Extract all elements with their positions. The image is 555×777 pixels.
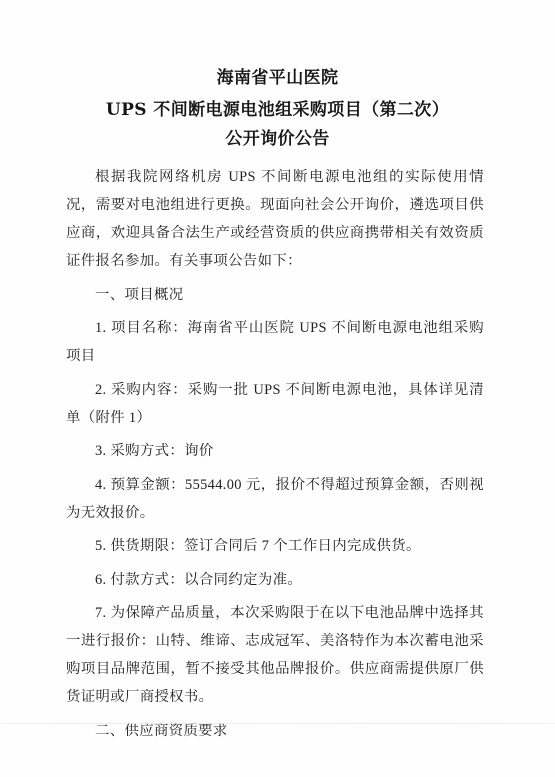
item-project-name: 1. 项目名称：海南省平山医院 UPS 不间断电源电池组采购项目: [66, 314, 484, 370]
item-procurement-content: 2. 采购内容：采购一批 UPS 不间断电源电池，具体详见清单（附件 1）: [66, 376, 484, 432]
section-heading-project-overview: 一、项目概况: [66, 281, 484, 309]
item-payment-method: 6. 付款方式：以合同约定为准。: [66, 566, 484, 594]
item-delivery-period: 5. 供货期限：签订合同后 7 个工作日内完成供货。: [66, 532, 484, 560]
item-brand-requirements: 7. 为保障产品质量，本次采购限于在以下电池品牌中选择其一进行报价：山特、维谛、…: [66, 599, 484, 711]
item-procurement-method: 3. 采购方式：询价: [66, 437, 484, 465]
document-page: 海南省平山医院 UPS 不间断电源电池组采购项目（第二次） 公开询价公告 根据我…: [0, 0, 555, 777]
section-heading-supplier-qualifications: 二、供应商资质要求: [66, 717, 484, 745]
page-break-scan-line: [0, 723, 555, 724]
document-body: 根据我院网络机房 UPS 不间断电源电池组的实际使用情况，需要对电池组进行更换。…: [66, 163, 484, 750]
intro-paragraph: 根据我院网络机房 UPS 不间断电源电池组的实际使用情况，需要对电池组进行更换。…: [66, 163, 484, 275]
item-budget-amount: 4. 预算金额：55544.00 元，报价不得超过预算金额，否则视为无效报价。: [66, 471, 484, 527]
title-hospital-name: 海南省平山医院: [0, 67, 555, 89]
title-project-name: UPS 不间断电源电池组采购项目（第二次）: [0, 99, 555, 121]
title-notice-type: 公开询价公告: [0, 128, 555, 150]
